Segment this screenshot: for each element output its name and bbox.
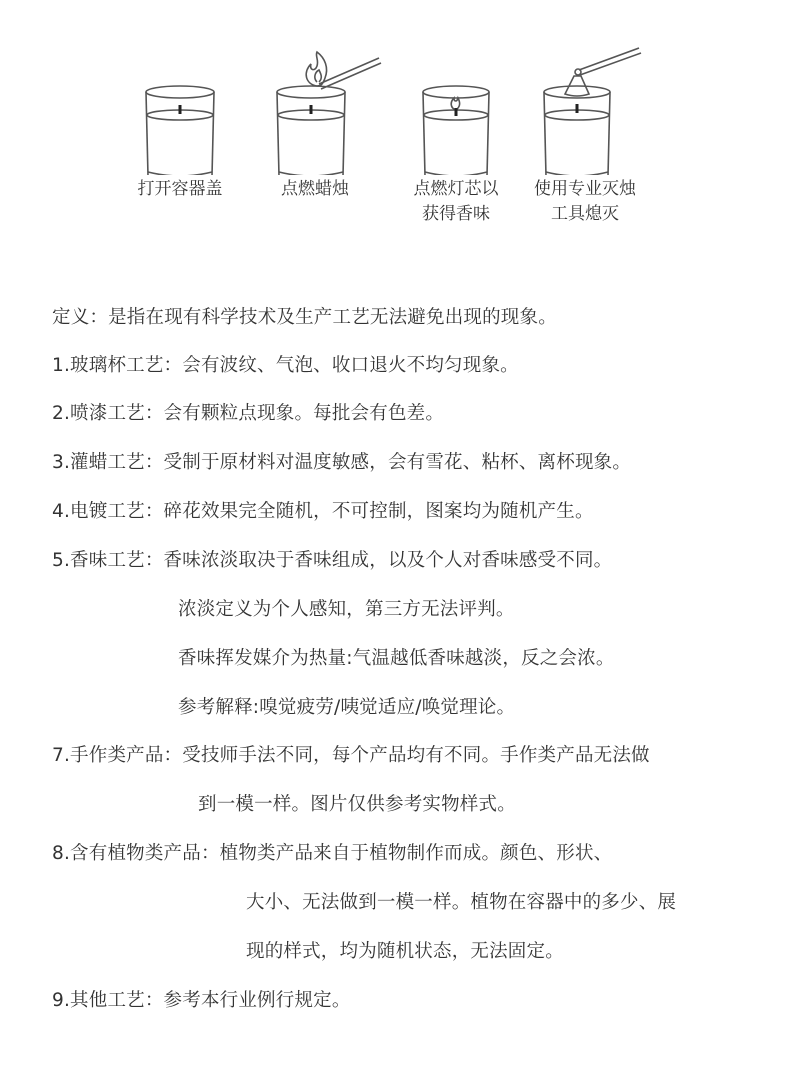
step-caption: 点燃灯芯以 获得香味 xyxy=(386,177,526,227)
note-item-fragrance-continuation: 参考解释:嗅觉疲劳/咦觉适应/唤觉理论。 xyxy=(178,695,515,721)
note-item-plating: 4.电镀工艺：碎花效果完全随机，不可控制，图案均为随机产生。 xyxy=(52,499,594,525)
note-item-other: 9.其他工艺：参考本行业例行规定。 xyxy=(52,988,351,1014)
note-item-fragrance: 5.香味工艺：香味浓淡取决于香味组成，以及个人对香味感受不同。 xyxy=(52,548,612,574)
step-open-lid: 打开容器盖 xyxy=(110,40,250,202)
note-item-fragrance-continuation: 浓淡定义为个人感知，第三方无法评判。 xyxy=(178,597,515,623)
note-item-glass: 1.玻璃杯工艺：会有波纹、气泡、收口退火不均匀现象。 xyxy=(52,353,519,379)
note-item-botanical: 8.含有植物类产品：植物类产品来自于植物制作而成。颜色、形状、 xyxy=(52,841,612,867)
note-item-spray-paint: 2.喷漆工艺：会有颗粒点现象。每批会有色差。 xyxy=(52,401,444,427)
step-lit-wick: 点燃灯芯以 获得香味 xyxy=(386,40,526,227)
step-caption: 点燃蜡烛 xyxy=(245,177,385,202)
note-item-wax-pour: 3.灌蜡工艺：受制于原材料对温度敏感，会有雪花、粘杯、离杯现象。 xyxy=(52,450,631,476)
step-snuff-candle: 使用专业灭烛 工具熄灭 xyxy=(515,40,655,227)
lit-wick-candle-icon xyxy=(386,40,526,175)
step-light-candle: 点燃蜡烛 xyxy=(245,40,385,202)
light-candle-with-match-icon xyxy=(245,40,385,175)
note-item-botanical-continuation: 大小、无法做到一模一样。植物在容器中的多少、展 xyxy=(246,890,676,916)
step-caption: 打开容器盖 xyxy=(110,177,250,202)
definition-text: 定义：是指在现有科学技术及生产工艺无法避免出现的现象。 xyxy=(52,305,557,331)
note-item-handmade-continuation: 到一模一样。图片仅供参考实物样式。 xyxy=(198,792,516,818)
note-item-fragrance-continuation: 香味挥发媒介为热量:气温越低香味越淡，反之会浓。 xyxy=(178,646,615,672)
open-candle-jar-icon xyxy=(110,40,250,175)
note-item-handmade: 7.手作类产品：受技师手法不同，每个产品均有不同。手作类产品无法做 xyxy=(52,743,650,769)
note-item-botanical-continuation: 现的样式，均为随机状态，无法固定。 xyxy=(246,939,564,965)
step-caption: 使用专业灭烛 工具熄灭 xyxy=(515,177,655,227)
candle-usage-steps: 打开容器盖 点燃蜡烛 xyxy=(0,0,790,260)
candle-snuffer-icon xyxy=(515,40,665,175)
